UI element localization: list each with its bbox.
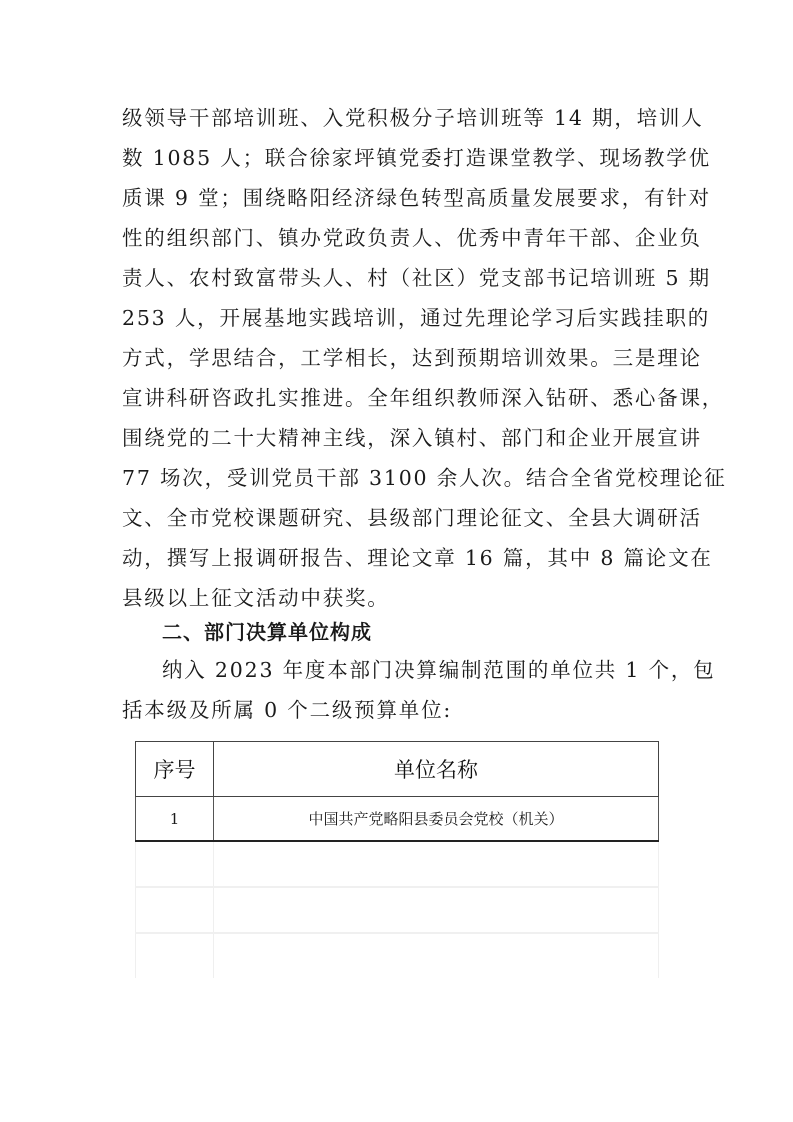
document-page: 级领导干部培训班、入党积极分子培训班等 14 期，培训人 数 1085 人；联合… [0, 0, 793, 1122]
text-line: 级领导干部培训班、入党积极分子培训班等 14 期，培训人 [122, 98, 674, 138]
table-header-row: 序号 单位名称 [136, 742, 659, 797]
text-line: 数 1085 人；联合徐家坪镇党委打造课堂教学、现场教学优 [122, 138, 674, 178]
text-line: 文、全市党校课题研究、县级部门理论征文、全县大调研活 [122, 498, 674, 538]
table-row: 1 中国共产党略阳县委员会党校（机关） [136, 797, 659, 842]
text-line: 253 人，开展基地实践培训，通过先理论学习后实践挂职的 [122, 298, 674, 338]
cell-unit-name [214, 933, 659, 978]
text-line: 方式，学思结合，工学相长，达到预期培训效果。三是理论 [122, 338, 674, 378]
text-line: 责人、农村致富带头人、村（社区）党支部书记培训班 5 期 [122, 258, 674, 298]
text-line: 宣讲科研咨政扎实推进。全年组织教师深入钻研、悉心备课， [122, 378, 674, 418]
section-intro: 纳入 2023 年度本部门决算编制范围的单位共 1 个，包 括本级及所属 0 个… [122, 650, 674, 730]
column-header-index: 序号 [136, 742, 214, 797]
text-line: 77 场次，受训党员干部 3100 余人次。结合全省党校理论征 [122, 458, 674, 498]
cell-unit-name [214, 841, 659, 887]
text-line: 围绕党的二十大精神主线，深入镇村、部门和企业开展宣讲 [122, 418, 674, 458]
text-line: 性的组织部门、镇办党政负责人、优秀中青年干部、企业负 [122, 218, 674, 258]
table-row [136, 841, 659, 887]
cell-index [136, 841, 214, 887]
cell-index [136, 933, 214, 978]
text-line: 动，撰写上报调研报告、理论文章 16 篇，其中 8 篇论文在 [122, 538, 674, 578]
text-line: 质课 9 堂；围绕略阳经济绿色转型高质量发展要求，有针对 [122, 178, 674, 218]
cell-unit-name: 中国共产党略阳县委员会党校（机关） [214, 797, 659, 842]
cell-index [136, 887, 214, 933]
text-line: 括本级及所属 0 个二级预算单位: [122, 690, 674, 730]
cell-index: 1 [136, 797, 214, 842]
unit-table: 序号 单位名称 1 中国共产党略阳县委员会党校（机关） [135, 741, 659, 978]
text-line: 纳入 2023 年度本部门决算编制范围的单位共 1 个，包 [122, 650, 674, 690]
table-row [136, 933, 659, 978]
section-heading: 二、部门决算单位构成 [162, 612, 372, 652]
body-paragraph: 级领导干部培训班、入党积极分子培训班等 14 期，培训人 数 1085 人；联合… [122, 98, 674, 618]
cell-unit-name [214, 887, 659, 933]
table-row [136, 887, 659, 933]
column-header-unit-name: 单位名称 [214, 742, 659, 797]
